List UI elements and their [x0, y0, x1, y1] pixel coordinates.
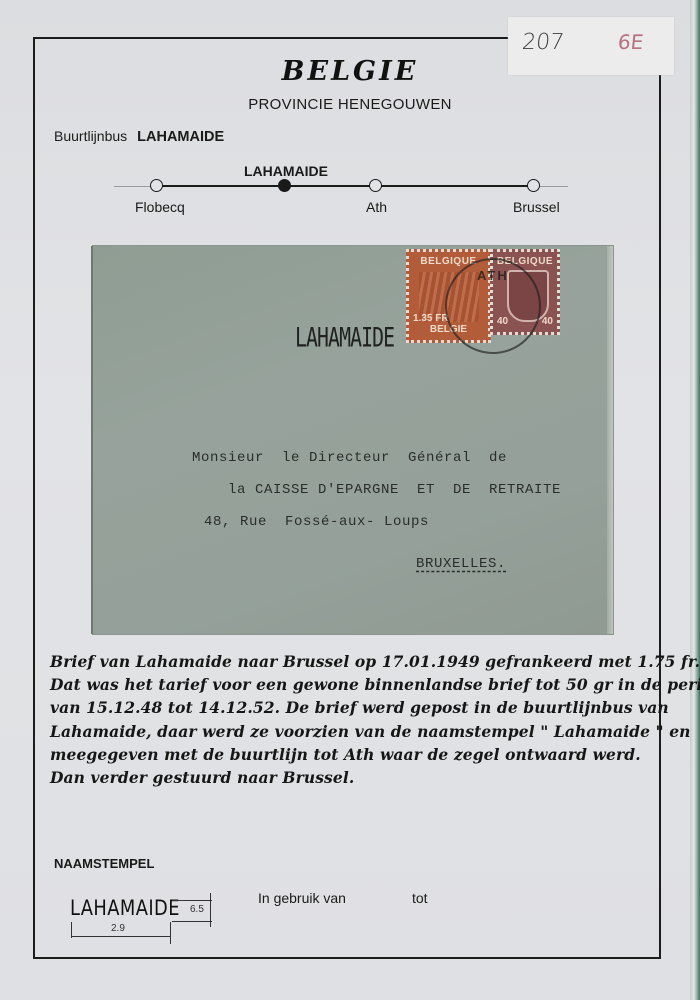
route-track-start: [114, 186, 154, 187]
in-use-from-label: In gebruik van: [258, 890, 346, 906]
route-stop-ath: [369, 179, 382, 192]
naamstempel-label: NAAMSTEMPEL: [54, 856, 154, 871]
height-dimension: 6.5: [172, 900, 212, 922]
route-track: [157, 185, 533, 187]
height-value: 6.5: [190, 904, 204, 915]
width-value: 2.9: [111, 923, 125, 934]
route-label-brussel: Brussel: [513, 199, 560, 215]
route-diagram: Flobecq LAHAMAIDE Ath Brussel: [0, 0, 700, 230]
postmark-text: ATH: [477, 268, 509, 283]
route-label-flobecq: Flobecq: [135, 199, 185, 215]
width-dimension: 2.9: [71, 936, 171, 937]
address-line-3: 48, Rue Fossé-aux- Loups: [204, 514, 429, 530]
description-line: Dan verder gestuurd naar Brussel.: [50, 766, 670, 789]
description-line: van 15.12.48 tot 14.12.52. De brief werd…: [50, 696, 670, 719]
envelope-cover: BELGIQUE BELGIE 1.35 FR BELGIQUE 40 40 A…: [93, 246, 613, 634]
address-city: BRUXELLES.: [416, 556, 506, 572]
description-line: Lahamaide, daar werd ze voorzien van de …: [50, 720, 670, 743]
stamp-1-value: 1.35 FR: [413, 313, 449, 324]
lahamaide-cachet: LAHAMAIDE: [295, 324, 394, 354]
route-label-lahamaide: LAHAMAIDE: [244, 163, 328, 179]
postmark-ath: ATH: [445, 258, 541, 354]
width-dimension-left-tick: [71, 922, 72, 938]
in-use-to-label: tot: [412, 890, 428, 906]
height-dimension-line: [210, 893, 211, 927]
stamp-2-value-right: 40: [542, 316, 553, 327]
route-stop-flobecq: [150, 179, 163, 192]
route-stop-lahamaide: [278, 179, 291, 192]
envelope-edge: [607, 246, 613, 634]
description-line: Dat was het tarief voor een gewone binne…: [50, 673, 670, 696]
address-line-1: Monsieur le Directeur Général de: [192, 450, 507, 466]
route-stop-brussel: [527, 179, 540, 192]
address-line-2: la CAISSE D'EPARGNE ET DE RETRAITE: [228, 482, 561, 498]
route-label-ath: Ath: [366, 199, 387, 215]
route-track-end: [540, 186, 568, 187]
description-line: Brief van Lahamaide naar Brussel op 17.0…: [50, 650, 670, 673]
description-text: Brief van Lahamaide naar Brussel op 17.0…: [50, 650, 670, 789]
description-line: meegegeven met de buurtlijn tot Ath waar…: [50, 743, 670, 766]
naamstempel-sample: LAHAMAIDE: [70, 896, 180, 920]
width-dimension-right-tick: [170, 922, 171, 944]
